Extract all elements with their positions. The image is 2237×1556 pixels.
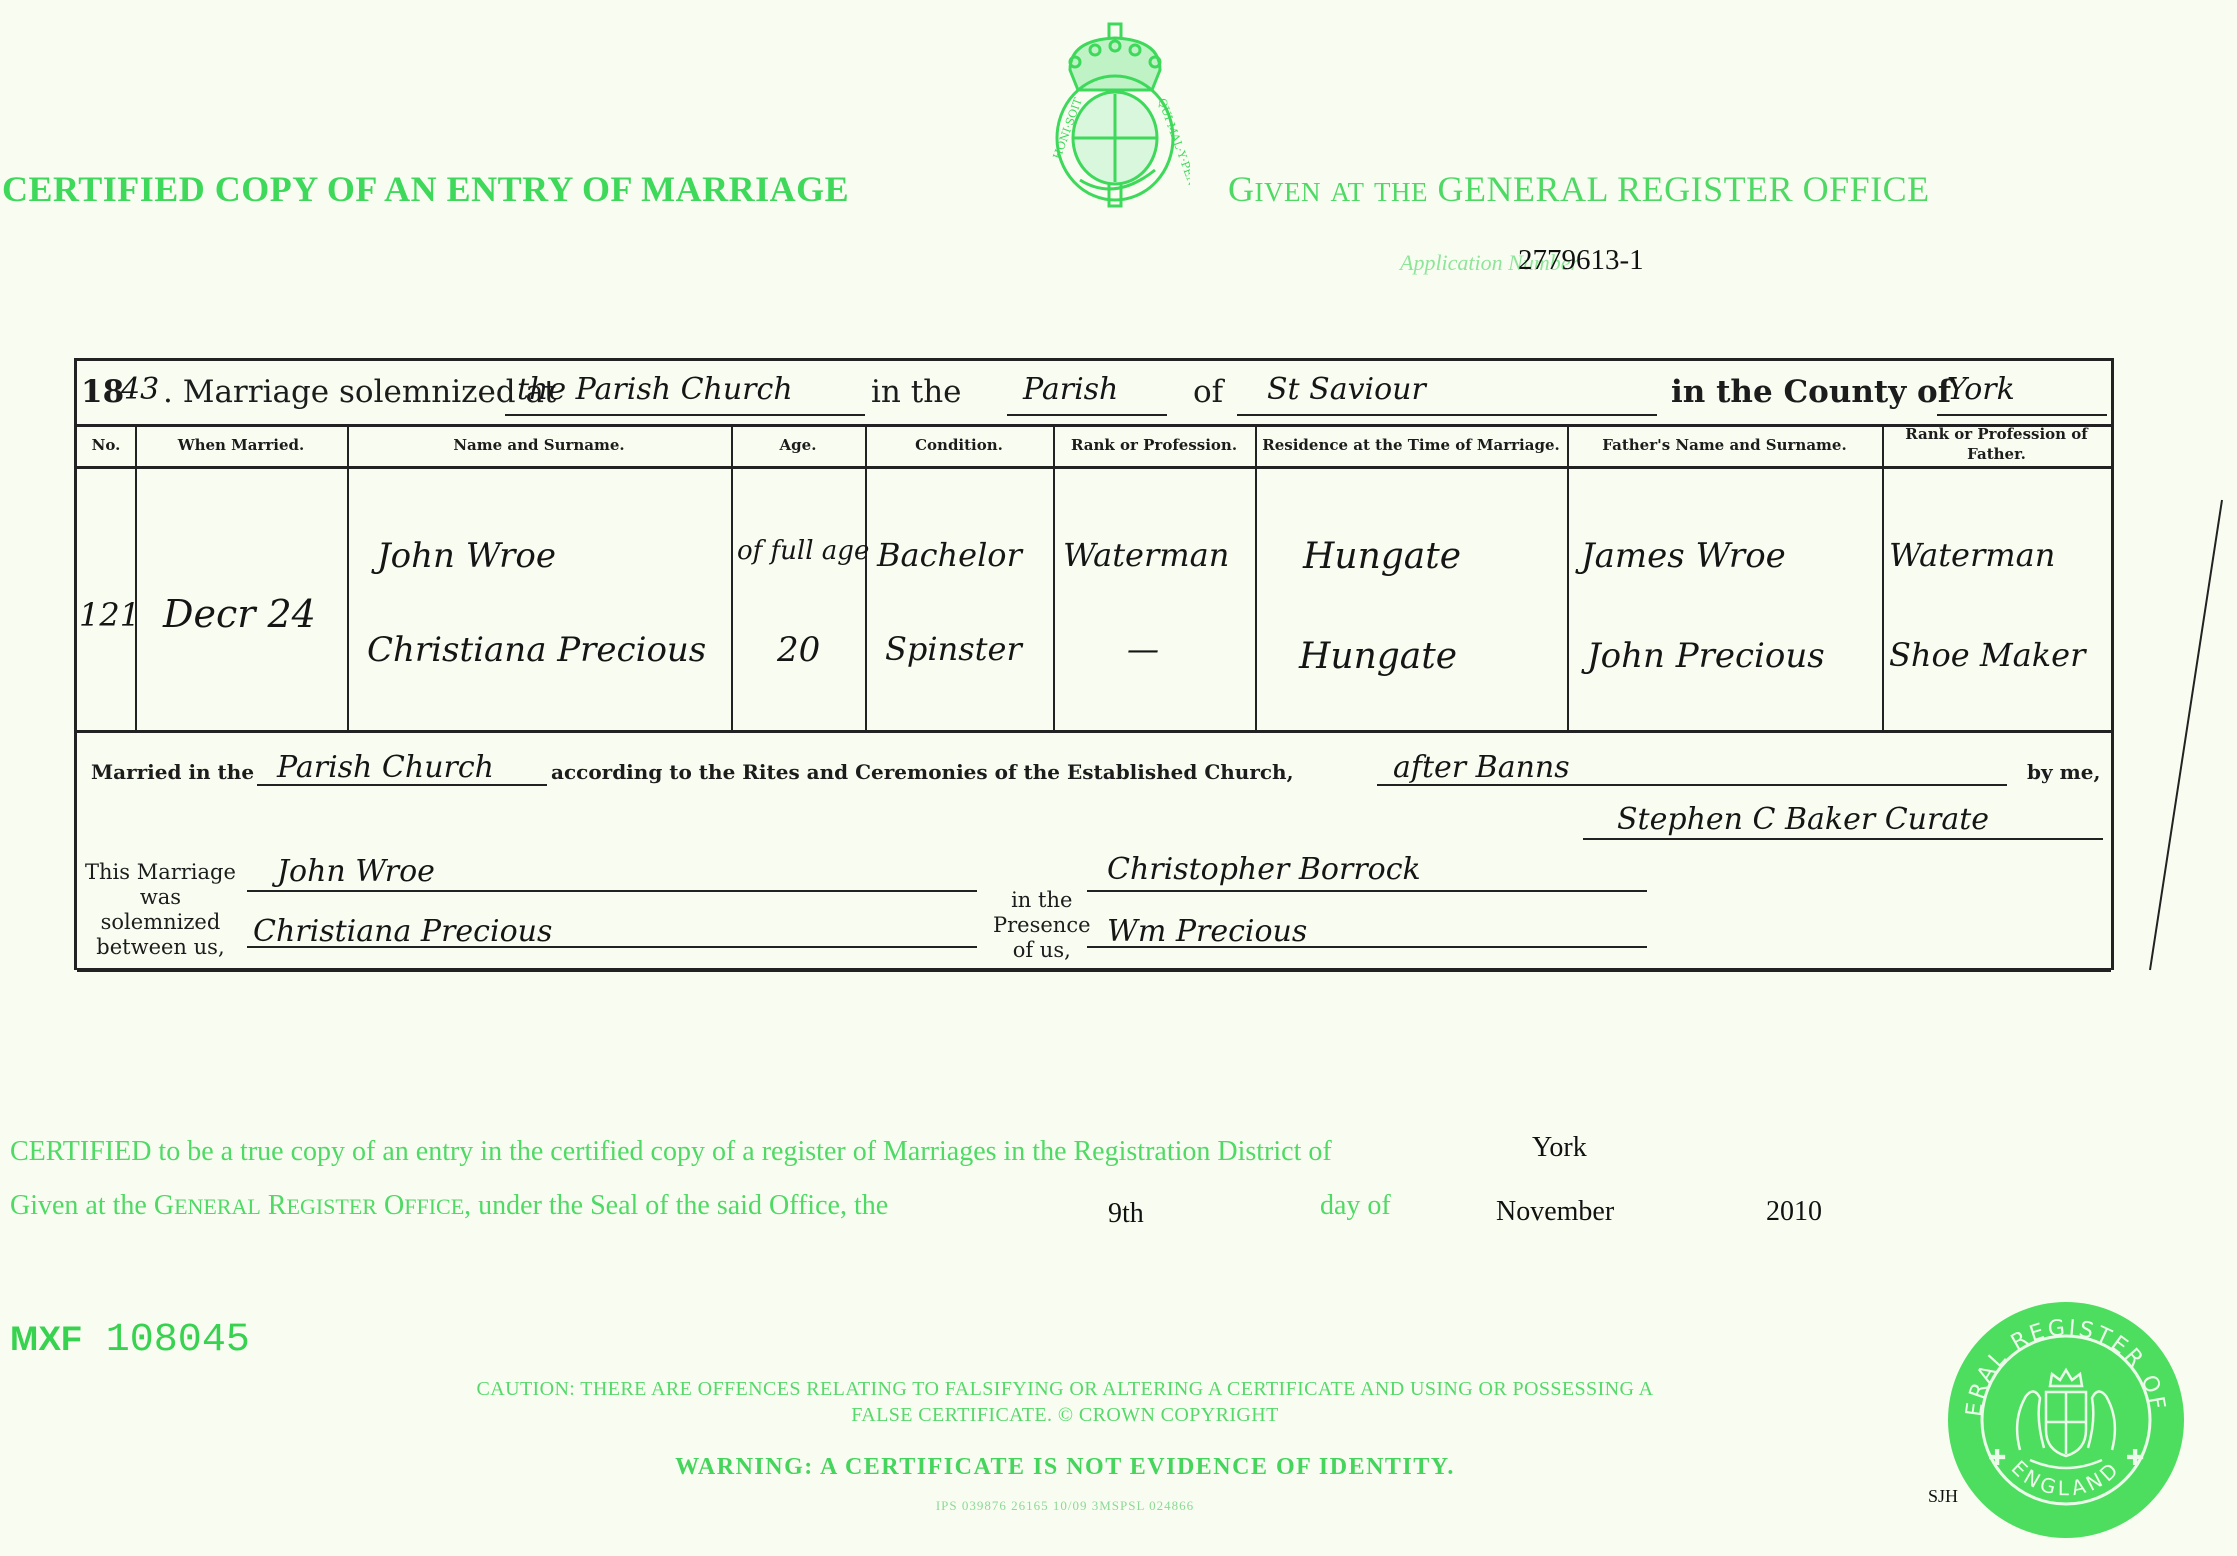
married-in-value: Parish Church — [277, 750, 494, 785]
column-header-age: Age. — [731, 436, 865, 454]
column-header-name: Name and Surname. — [347, 436, 731, 454]
officiant-signature: Stephen C Baker Curate — [1617, 802, 1989, 837]
witness-2-signature: Wm Precious — [1107, 914, 1307, 949]
registration-district: York — [1532, 1132, 1587, 1164]
rites-label: according to the Rites and Ceremonies of… — [551, 760, 1294, 784]
entry-bride-residence: Hungate — [1299, 636, 1457, 677]
entry-groom-age: of full age — [737, 536, 869, 566]
column-header-no: No. — [77, 436, 135, 454]
entry-when-married: Decr 24 — [163, 592, 316, 636]
svg-text:✚: ✚ — [2126, 1446, 2144, 1471]
entry-groom-name: John Wroe — [377, 536, 556, 576]
entry-bride-father-name: John Precious — [1587, 636, 1825, 676]
county-value: York — [1947, 372, 2015, 407]
entry-bride-age: 20 — [777, 630, 820, 670]
register-entry-form: 18 43 . Marriage solemnized at the Paris… — [74, 358, 2114, 970]
entry-bride-name: Christiana Precious — [367, 630, 706, 670]
year-handwritten: 43 — [121, 372, 159, 407]
certificate-serial: MXF 108045 — [10, 1318, 250, 1363]
district-type-value: Parish — [1023, 372, 1118, 407]
entry-bride-condition: Spinster — [885, 630, 1022, 668]
married-in-label: Married in the — [91, 760, 254, 784]
county-label: in the County of — [1671, 374, 1951, 410]
entry-groom-father-rank: Waterman — [1889, 536, 2055, 574]
certification-day: 9th — [1108, 1198, 1144, 1230]
day-of-label: day of — [1320, 1190, 1391, 1222]
general-register-office-seal-icon: GENERAL REGISTER OFFICE ENGLAND ✚ ✚ — [1946, 1300, 2186, 1540]
certificate-title: CERTIFIED COPY OF AN ENTRY OF MARRIAGE — [2, 168, 849, 210]
solemnized-between-label: This Marriage was solemnized between us, — [85, 860, 236, 960]
column-header-rank: Rank or Profession. — [1053, 436, 1255, 454]
by-me-label: by me, — [2027, 760, 2100, 784]
entry-bride-father-rank: Shoe Maker — [1889, 636, 2085, 674]
royal-crest-icon: HONI·SOIT QUI·MAL·Y·PENSE — [1040, 20, 1190, 210]
application-number: 2779613-1 — [1518, 244, 1644, 277]
column-header-father-rank: Rank or Profession of Father. — [1882, 424, 2111, 464]
office-heading: GIVEN AT THE GENERAL REGISTER OFFICE — [1228, 168, 1930, 210]
bride-signature: Christiana Precious — [253, 914, 552, 949]
entry-groom-condition: Bachelor — [877, 536, 1022, 574]
entry-groom-residence: Hungate — [1303, 536, 1461, 577]
marriage-by-method: after Banns — [1393, 750, 1570, 785]
in-presence-label: in the Presence of us, — [993, 888, 1091, 963]
district-value: St Saviour — [1267, 372, 1426, 407]
svg-text:✚: ✚ — [1988, 1446, 2006, 1471]
solemnized-at-label: . Marriage solemnized at — [163, 374, 556, 410]
year-printed: 18 — [81, 374, 124, 410]
entry-number: 121 — [79, 596, 140, 634]
column-header-when-married: When Married. — [135, 436, 347, 454]
certification-year: 2010 — [1766, 1196, 1822, 1228]
certification-month: November — [1496, 1196, 1614, 1228]
place-value: the Parish Church — [517, 372, 793, 407]
in-the-label: in the — [871, 374, 962, 410]
identity-warning: WARNING: A CERTIFICATE IS NOT EVIDENCE O… — [300, 1454, 1830, 1481]
column-header-residence: Residence at the Time of Marriage. — [1255, 436, 1567, 454]
entry-groom-rank: Waterman — [1063, 536, 1229, 574]
witness-1-signature: Christopher Borrock — [1107, 852, 1421, 887]
certification-line-2: Given at the GENERAL REGISTER OFFICE, un… — [10, 1190, 888, 1222]
print-code: IPS 039876 26165 10/09 3MSPSL 024866 — [300, 1498, 1830, 1514]
groom-signature: John Wroe — [277, 854, 435, 889]
caution-notice: CAUTION: THERE ARE OFFENCES RELATING TO … — [300, 1376, 1830, 1428]
page-edge-line — [2140, 480, 2230, 980]
entry-groom-father-name: James Wroe — [1581, 536, 1786, 576]
column-header-father-name: Father's Name and Surname. — [1567, 436, 1882, 454]
column-header-condition: Condition. — [865, 436, 1053, 454]
certification-line-1: CERTIFIED to be a true copy of an entry … — [10, 1136, 1332, 1168]
of-label: of — [1193, 374, 1223, 410]
entry-bride-rank: — — [1127, 630, 1159, 668]
